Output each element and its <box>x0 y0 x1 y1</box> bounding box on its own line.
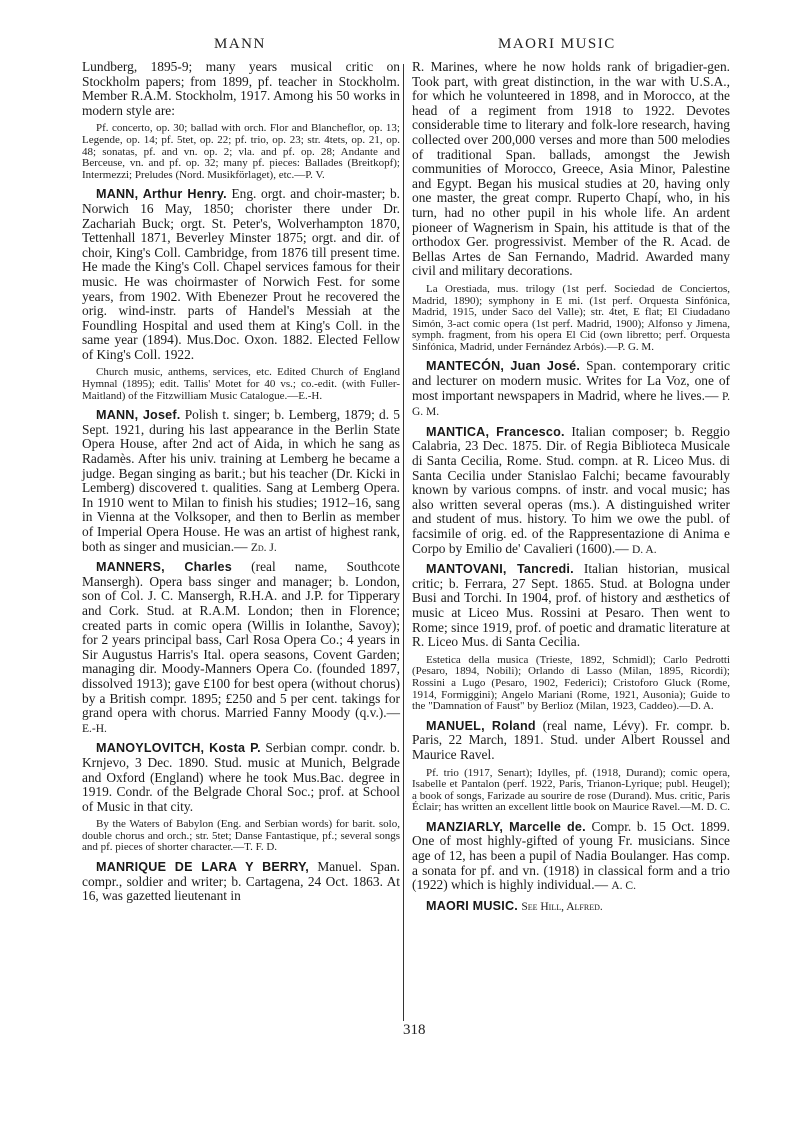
headword: MANTICA, Francesco. <box>426 425 565 439</box>
headword: MAORI MUSIC. <box>426 899 518 913</box>
left-column: Lundberg, 1895-9; many years musical cri… <box>82 60 400 909</box>
entry-text: Lundberg, 1895-9; many years musical cri… <box>82 59 400 118</box>
column-divider <box>403 64 404 1021</box>
dictionary-page: MANN MAORI MUSIC Lundberg, 1895-9; many … <box>0 0 794 1123</box>
cross-reference: See Hill, Alfred. <box>521 901 602 913</box>
entry-maori-music: MAORI MUSIC. See Hill, Alfred. <box>412 899 730 915</box>
running-head-right: MAORI MUSIC <box>498 36 616 53</box>
works-list: Estetica della musica (Trieste, 1892, Sc… <box>412 655 730 713</box>
entry-text: R. Marines, where he now holds rank of b… <box>412 59 730 278</box>
entry-text: (real name, Southcote Mansergh). Opera b… <box>82 559 400 720</box>
headword: MANZIARLY, Marcelle de. <box>426 820 586 834</box>
running-head-left: MANN <box>214 36 266 53</box>
entry-mantica-francesco: MANTICA, Francesco. Italian composer; b.… <box>412 425 730 557</box>
entry-mann-josef: MANN, Josef. Polish t. singer; b. Lember… <box>82 408 400 555</box>
continued-entry: R. Marines, where he now holds rank of b… <box>412 60 730 279</box>
headword: MANN, Arthur Henry. <box>96 187 227 201</box>
contributor-signature: Zd. J. <box>251 542 277 554</box>
headword: MANTECÓN, Juan José. <box>426 359 580 373</box>
entry-manoylovitch-kosta: MANOYLOVITCH, Kosta P. Serbian compr. co… <box>82 741 400 814</box>
entry-text: Eng. orgt. and choir-master; b. Norwich … <box>82 186 400 362</box>
headword: MANNERS, Charles <box>96 560 232 574</box>
contributor-signature: D. A. <box>632 544 657 556</box>
headword: MANRIQUE DE LARA Y BERRY, <box>96 860 309 874</box>
entry-manziarly-marcelle: MANZIARLY, Marcelle de. Compr. b. 15 Oct… <box>412 820 730 894</box>
contributor-signature: E.-H. <box>82 723 107 735</box>
headword: MANOYLOVITCH, Kosta P. <box>96 741 261 755</box>
entry-manrique-de-lara: MANRIQUE DE LARA Y BERRY, Manuel. Span. … <box>82 860 400 904</box>
contributor-signature: A. C. <box>611 880 636 892</box>
headword: MANUEL, Roland <box>426 719 536 733</box>
entry-text: Italian composer; b. Reggio Calabria, 23… <box>412 424 730 556</box>
entry-manners-charles: MANNERS, Charles (real name, Southcote M… <box>82 560 400 736</box>
works-list: Pf. concerto, op. 30; ballad with orch. … <box>82 123 400 181</box>
headword: MANTOVANI, Tancredi. <box>426 562 574 576</box>
works-list: Pf. trio (1917, Senart); Idylles, pf. (1… <box>412 768 730 814</box>
entry-mann-arthur-henry: MANN, Arthur Henry. Eng. orgt. and choir… <box>82 187 400 362</box>
works-list: La Orestiada, mus. trilogy (1st perf. So… <box>412 284 730 354</box>
entry-manuel-roland: MANUEL, Roland (real name, Lévy). Fr. co… <box>412 719 730 763</box>
works-list: Church music, anthems, services, etc. Ed… <box>82 367 400 402</box>
entry-mantecon-juan-jose: MANTECÓN, Juan José. Span. contemporary … <box>412 359 730 419</box>
entry-mantovani-tancredi: MANTOVANI, Tancredi. Italian historian, … <box>412 562 730 650</box>
right-column: R. Marines, where he now holds rank of b… <box>412 60 730 919</box>
continued-entry: Lundberg, 1895-9; many years musical cri… <box>82 60 400 118</box>
entry-text: Polish t. singer; b. Lemberg, 1879; d. 5… <box>82 407 400 553</box>
headword: MANN, Josef. <box>96 408 180 422</box>
page-number: 318 <box>403 1022 426 1039</box>
works-list: By the Waters of Babylon (Eng. and Serbi… <box>82 819 400 854</box>
